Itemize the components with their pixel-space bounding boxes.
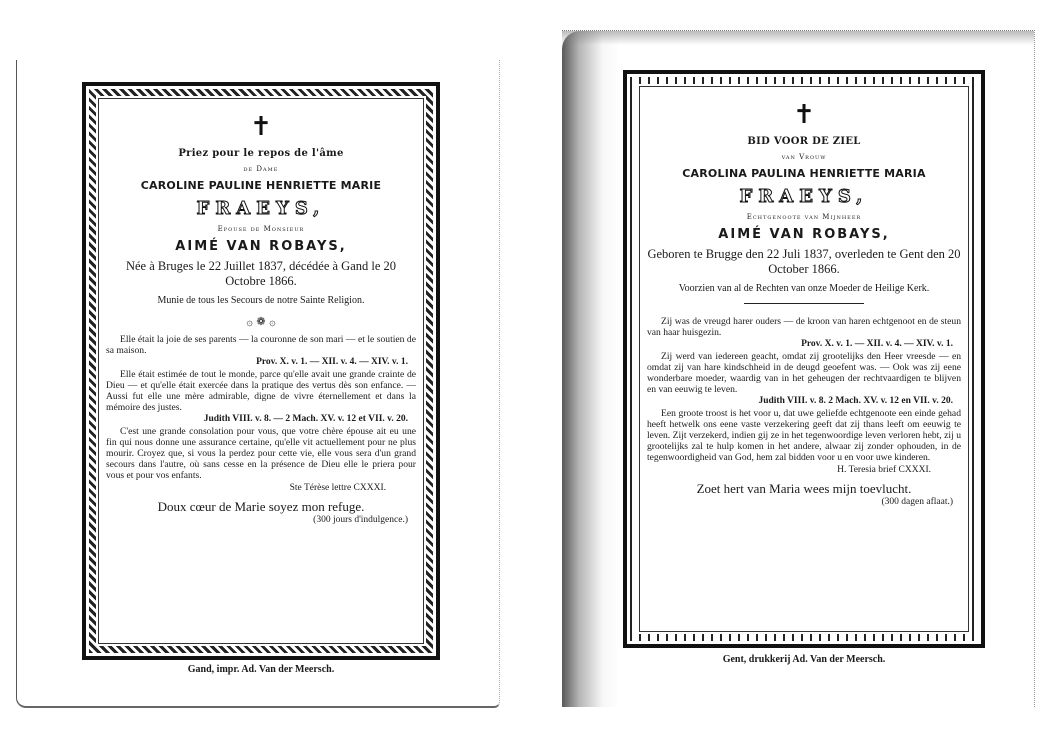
scripture-reference-1: Prov. X. v. 1. — XII. v. 4. — XIV. v. 1. <box>106 357 408 367</box>
scan-shadow <box>562 31 620 707</box>
signature: H. Teresia brief CXXXI. <box>647 465 931 475</box>
sacraments-line: Munie de tous les Secours de notre Saint… <box>106 295 416 307</box>
paragraph-3: C'est une grande consolation pour vous, … <box>106 426 416 481</box>
indulgence: (300 jours d'indulgence.) <box>106 515 408 525</box>
spouse-prefix: Echtgenoote van Mijnheer <box>647 213 961 221</box>
signature: Ste Térèse lettre CXXXI. <box>106 483 386 493</box>
left-memorial-card: ✝ Priez pour le repos de l'âme de Dame C… <box>82 82 440 660</box>
paragraph-2: Elle était estimée de tout le monde, par… <box>106 369 416 413</box>
scripture-reference-2: Judith VIII. v. 8. 2 Mach. XV. v. 12 en … <box>647 396 953 406</box>
title-prefix: de Dame <box>106 165 416 173</box>
right-card-content: ✝ BID VOOR DE ZIEL van Vrouw CAROLINA PA… <box>647 102 961 507</box>
right-memorial-card: ✝ BID VOOR DE ZIEL van Vrouw CAROLINA PA… <box>623 70 985 648</box>
printer-imprint: Gand, impr. Ad. Van der Meersch. <box>82 664 440 675</box>
title-prefix: van Vrouw <box>647 153 961 161</box>
spouse-name: AIMÉ VAN ROBAYS, <box>647 227 961 242</box>
printer-imprint: Gent, drukkerij Ad. Van der Meersch. <box>623 654 985 665</box>
sacraments-line: Voorzien van al de Rechten van onze Moed… <box>647 283 961 295</box>
paragraph-2: Zij werd van iedereen geacht, omdat zij … <box>647 351 961 395</box>
deceased-surname: FRAEYS, <box>106 198 416 219</box>
motto: Doux cœur de Marie soyez mon refuge. <box>106 499 416 515</box>
deceased-surname: FRAEYS, <box>647 186 961 207</box>
cross-icon: ✝ <box>647 102 961 128</box>
divider-rule <box>744 303 864 304</box>
prayer-line: Priez pour le repos de l'âme <box>106 148 416 159</box>
paragraph-3: Een groote troost is het voor u, dat uwe… <box>647 408 961 463</box>
paragraph-1: Elle était la joie de ses parents — la c… <box>106 334 416 356</box>
prayer-line: BID VOOR DE ZIEL <box>647 136 961 147</box>
scripture-reference-2: Judith VIII. v. 8. — 2 Mach. XV. v. 12 e… <box>106 414 408 424</box>
deceased-full-name: CAROLINE PAULINE HENRIETTE MARIE <box>106 179 416 192</box>
scan-shadow-top <box>562 31 1034 45</box>
indulgence: (300 dagen aflaat.) <box>647 497 953 507</box>
paragraph-1: Zij was de vreugd harer ouders — de kroo… <box>647 316 961 338</box>
motto: Zoet hert van Maria wees mijn toevlucht. <box>647 481 961 497</box>
birth-death-dates: Née à Bruges le 22 Juillet 1837, décédée… <box>106 259 416 289</box>
scripture-reference-1: Prov. X. v. 1. — XII. v. 4. — XIV. v. 1. <box>647 339 953 349</box>
cross-icon: ✝ <box>106 114 416 140</box>
spouse-prefix: Epouse de Monsieur <box>106 225 416 233</box>
deceased-full-name: CAROLINA PAULINA HENRIETTE MARIA <box>647 167 961 180</box>
ornament-icon: ۞ ❁ ۞ <box>106 315 416 328</box>
left-card-content: ✝ Priez pour le repos de l'âme de Dame C… <box>106 114 416 525</box>
birth-death-dates: Geboren te Brugge den 22 Juli 1837, over… <box>647 247 961 277</box>
spouse-name: AIMÉ VAN ROBAYS, <box>106 239 416 254</box>
